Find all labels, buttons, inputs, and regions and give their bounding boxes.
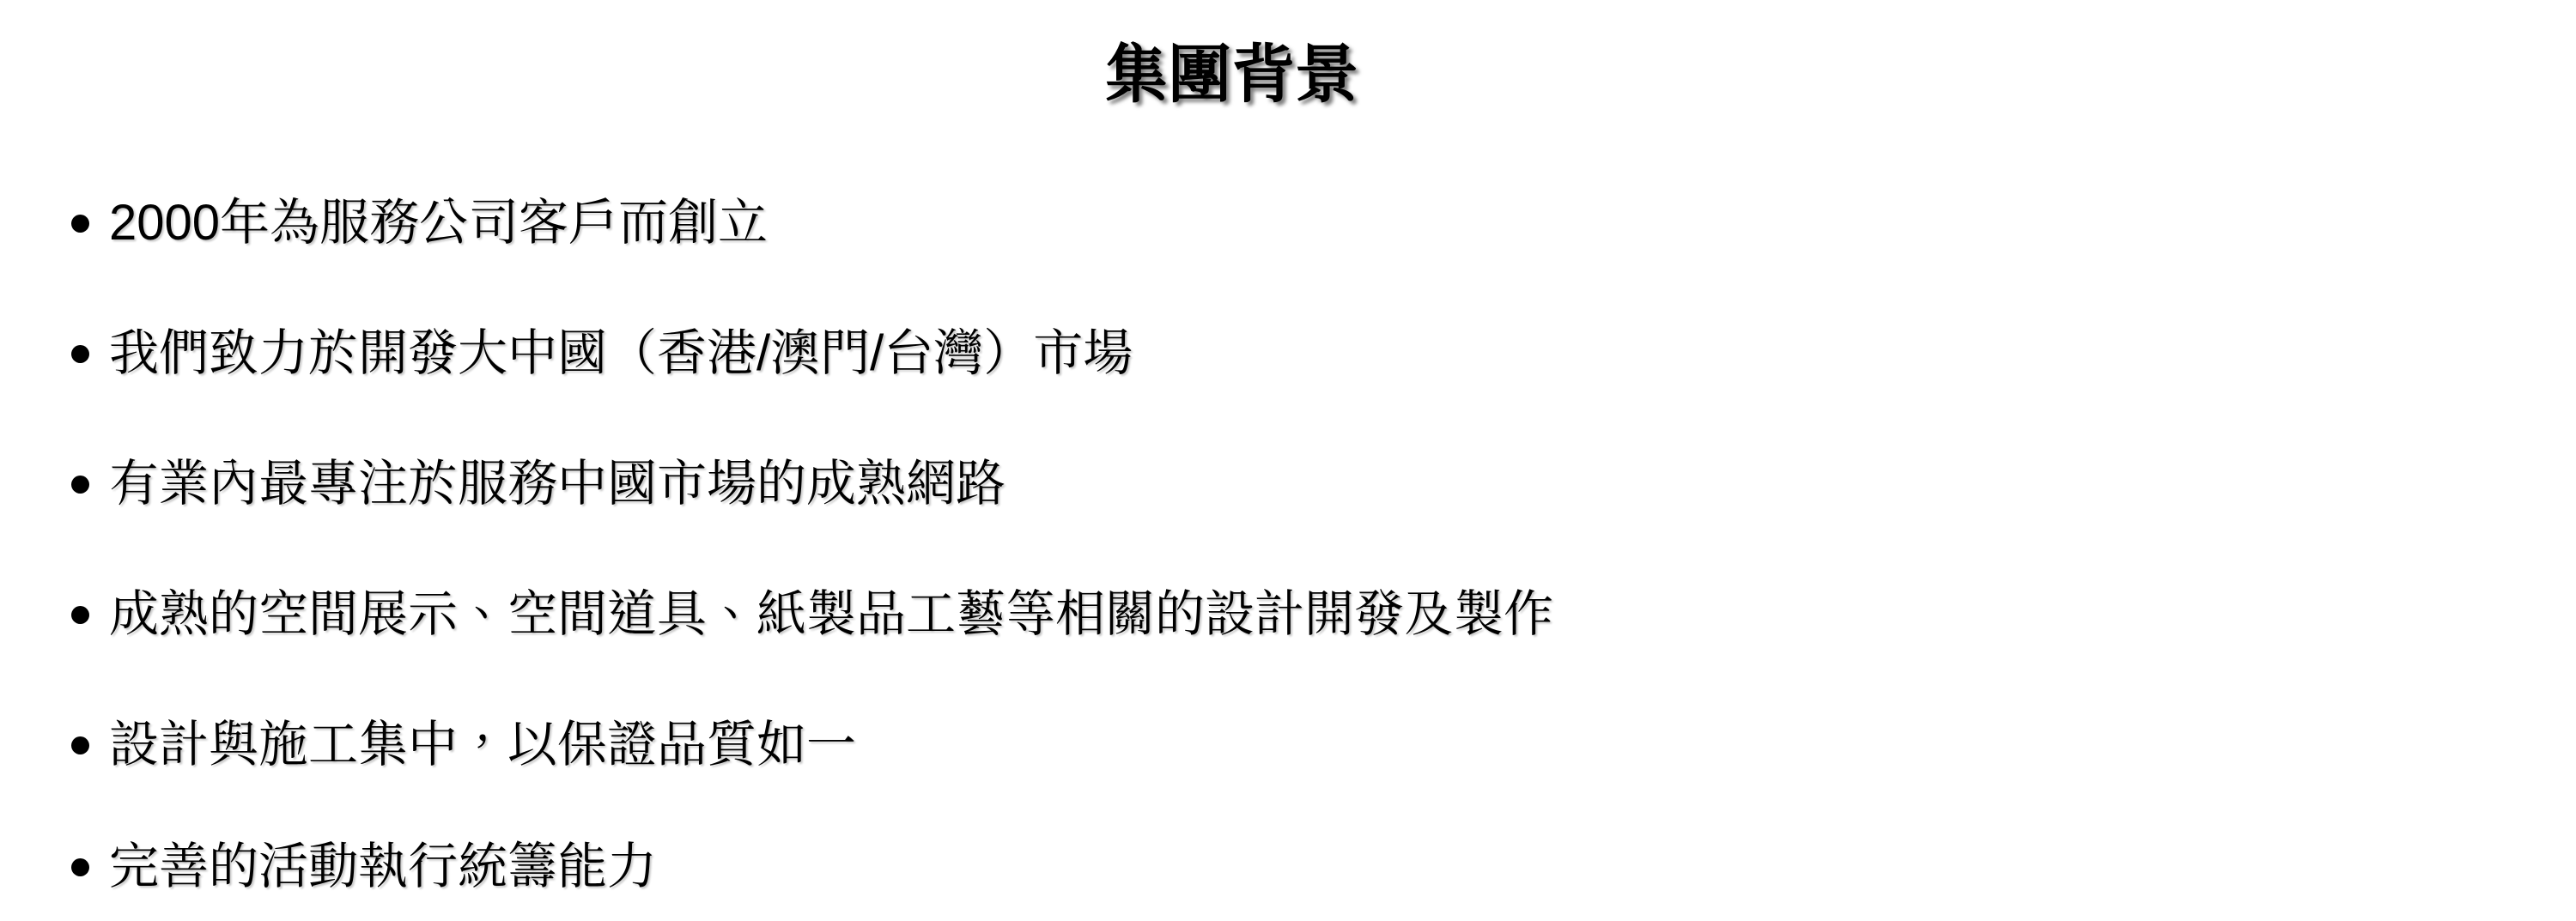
bullet-item: 2000年為服務公司客戶而創立 xyxy=(71,193,1553,253)
bullet-dot-icon xyxy=(71,736,89,754)
bullet-text: 成熟的空間展示、空間道具、紙製品工藝等相關的設計開發及製作 xyxy=(109,585,1553,645)
bullet-item: 設計與施工集中，以保證品質如一 xyxy=(71,715,1553,775)
bullet-item: 成熟的空間展示、空間道具、紙製品工藝等相關的設計開發及製作 xyxy=(71,585,1553,645)
bullet-dot-icon xyxy=(71,606,89,624)
bullet-dot-icon xyxy=(71,858,89,876)
bullet-item: 有業內最專注於服務中國市場的成熟網路 xyxy=(71,454,1553,514)
bullet-text: 完善的活動執行統籌能力 xyxy=(109,837,657,897)
bullet-text: 設計與施工集中，以保證品質如一 xyxy=(109,715,856,775)
bullet-text: 我們致力於開發大中國（香港/澳門/台灣）市場 xyxy=(109,324,1133,384)
bullet-dot-icon xyxy=(71,476,89,494)
slide: 集團背景 2000年為服務公司客戶而創立 我們致力於開發大中國（香港/澳門/台灣… xyxy=(0,0,2576,921)
bullet-text: 有業內最專注於服務中國市場的成熟網路 xyxy=(109,454,1005,514)
bullet-text: 2000年為服務公司客戶而創立 xyxy=(109,193,768,253)
bullet-dot-icon xyxy=(71,345,89,363)
bullet-item: 我們致力於開發大中國（香港/澳門/台灣）市場 xyxy=(71,324,1553,384)
bullet-dot-icon xyxy=(71,215,89,233)
bullet-item: 完善的活動執行統籌能力 xyxy=(71,837,1553,897)
bullet-list: 2000年為服務公司客戶而創立 我們致力於開發大中國（香港/澳門/台灣）市場 有… xyxy=(71,193,1553,897)
page-title: 集團背景 xyxy=(0,43,2463,106)
